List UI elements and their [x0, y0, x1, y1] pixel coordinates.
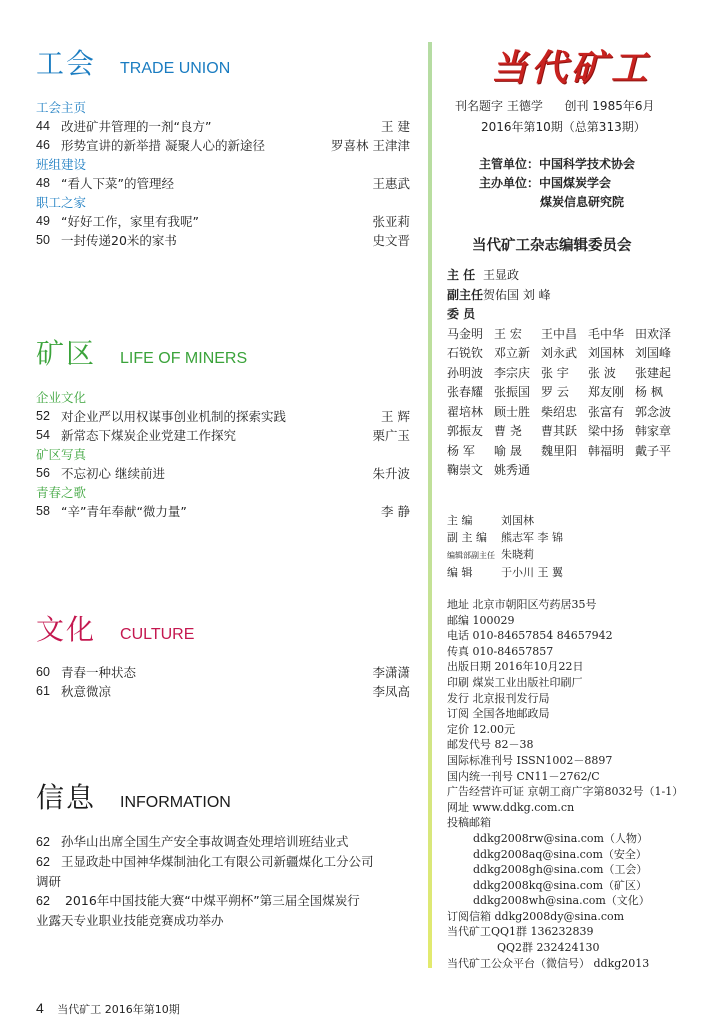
article-title: “辛”青年奉献“微力量”	[61, 502, 381, 521]
calligraphy-credit: 刊名题字 王德学	[455, 99, 543, 113]
toc-entry[interactable]: 62 2016年中国技能大赛“中煤平朔杯”第三届全国煤炭行 业露天专业职业技能竞…	[36, 891, 410, 930]
section-trade-union: 工会 TRADE UNION 工会主页 44 改进矿井管理的一剂“良方” 王 建…	[36, 42, 410, 250]
postcode: 邮编 100029	[447, 613, 683, 629]
page-number: 50	[36, 231, 61, 250]
sponsor-unit-2: 煤炭信息研究院	[540, 193, 624, 210]
page-number: 4	[36, 1000, 44, 1016]
page-number: 56	[36, 464, 61, 483]
page-number: 52	[36, 407, 61, 426]
subsection-heading: 青春之歌	[36, 483, 410, 502]
section-title-cn: 信息	[36, 776, 96, 816]
toc-entry[interactable]: 48 “看人下菜”的管理经 王惠武	[36, 174, 410, 193]
article-title: 新常态下煤炭企业党建工作探究	[61, 426, 372, 445]
article-author: 栗广玉	[372, 426, 410, 445]
page-number: 46	[36, 136, 61, 155]
toc-entry[interactable]: 56 不忘初心 继续前进 朱升波	[36, 464, 410, 483]
toc-entry[interactable]: 58 “辛”青年奉献“微力量” 李 静	[36, 502, 410, 521]
board-deputy: 副主任贺佑国 刘 峰	[447, 286, 682, 306]
article-author: 史文晋	[372, 231, 410, 250]
editor-row: 编 辑于小川 王 翼	[447, 564, 563, 581]
deputy-label: 副主任	[447, 286, 483, 306]
article-author: 李凤高	[372, 682, 410, 701]
toc-entry[interactable]: 46 形势宣讲的新举措 凝聚人心的新途径 罗喜林 王津津	[36, 136, 410, 155]
supervisor-value: 中国科学技术协会	[539, 157, 635, 171]
address: 地址 北京市朝阳区芍药居35号	[447, 597, 683, 613]
members-row: 张春耀张振国罗 云郑友刚杨 枫	[447, 383, 682, 403]
toc-entry[interactable]: 62王显政赴中国神华煤制油化工有限公司新疆煤化工分公司 调研	[36, 852, 410, 891]
deputy-names: 贺佑国 刘 峰	[483, 288, 551, 302]
magazine-logo: 当代矿工	[491, 40, 651, 91]
article-title: 王显政赴中国神华煤制油化工有限公司新疆煤化工分公司	[61, 854, 374, 869]
editorial-board-title: 当代矿工杂志编辑委员会	[472, 234, 632, 255]
director-label: 主 任	[447, 266, 483, 286]
postal-distribution-code: 邮发代号 82－38	[447, 737, 683, 753]
article-title: 秋意微凉	[61, 682, 372, 701]
printer: 印刷 煤炭工业出版社印刷厂	[447, 675, 683, 691]
section-title-en: TRADE UNION	[120, 60, 230, 78]
article-title: 形势宣讲的新举措 凝聚人心的新途径	[61, 136, 331, 155]
toc-entry[interactable]: 62孙华山出席全国生产安全事故调查处理培训班结业式	[36, 832, 410, 852]
section-header: 工会 TRADE UNION	[36, 42, 410, 82]
article-title-continued: 调研	[36, 874, 61, 889]
subsection-heading: 工会主页	[36, 98, 410, 117]
members-row: 鞠崇文姚秀通	[447, 461, 682, 481]
section-title-en: LIFE OF MINERS	[120, 350, 247, 368]
editor-row: 主 编刘国林	[447, 512, 563, 529]
submission-email[interactable]: ddkg2008kq@sina.com（矿区）	[447, 878, 683, 894]
page-number: 44	[36, 117, 61, 136]
members-row: 石锐钦邓立新刘永武刘国林刘国峰	[447, 344, 682, 364]
section-life-of-miners: 矿区 LIFE OF MINERS 企业文化 52 对企业严以用权谋事创业机制的…	[36, 332, 410, 521]
toc-entry[interactable]: 60 青春一种状态 李潇潇	[36, 663, 410, 682]
article-title: 不忘初心 继续前进	[61, 464, 372, 483]
submission-email[interactable]: ddkg2008rw@sina.com（人物）	[447, 831, 683, 847]
price: 定价 12.00元	[447, 722, 683, 738]
members-row: 马金明王 宏王中昌毛中华田欢泽	[447, 325, 682, 345]
subsection-heading: 班组建设	[36, 155, 410, 174]
toc-entry[interactable]: 50 一封传递20米的家书 史文晋	[36, 231, 410, 250]
article-title: 对企业严以用权谋事创业机制的探索实践	[61, 407, 381, 426]
article-author: 罗喜林 王津津	[331, 136, 410, 155]
submission-email[interactable]: ddkg2008aq@sina.com（安全）	[447, 847, 683, 863]
director-name: 王显政	[483, 268, 519, 282]
subsection-heading: 职工之家	[36, 193, 410, 212]
section-header: 矿区 LIFE OF MINERS	[36, 332, 410, 372]
issue-number: 2016年第10期（总第313期）	[481, 118, 646, 135]
members-row: 翟培林顾士胜柴绍忠张富有郭念波	[447, 403, 682, 423]
sponsor-unit: 主办单位：中国煤炭学会	[479, 174, 611, 191]
board-members-label: 委 员	[447, 305, 682, 325]
section-information: 信息 INFORMATION 62孙华山出席全国生产安全事故调查处理培训班结业式…	[36, 776, 410, 930]
page-number: 58	[36, 502, 61, 521]
article-title: 孙华山出席全国生产安全事故调查处理培训班结业式	[61, 834, 349, 849]
page-number: 49	[36, 212, 61, 231]
article-title: “好好工作，家里有我呢”	[61, 212, 372, 231]
article-title-continued: 业露天专业职业技能竞赛成功举办	[36, 913, 224, 928]
editor-row: 编辑部副主任朱晓莉	[447, 546, 563, 564]
founded-date: 创刊 1985年6月	[564, 99, 654, 113]
column-divider	[428, 42, 432, 968]
article-title: “看人下菜”的管理经	[61, 174, 372, 193]
article-author: 朱升波	[372, 464, 410, 483]
toc-entry[interactable]: 44 改进矿井管理的一剂“良方” 王 建	[36, 117, 410, 136]
issn: 国际标准刊号 ISSN1002－8897	[447, 753, 683, 769]
section-title-cn: 工会	[36, 42, 96, 82]
article-author: 王 辉	[381, 407, 410, 426]
cn-number: 国内统一刊号 CN11－2762/C	[447, 769, 683, 785]
phone: 电话 010-84657854 84657942	[447, 628, 683, 644]
page-number: 48	[36, 174, 61, 193]
subsection-heading: 矿区写真	[36, 445, 410, 464]
section-title-cn: 文化	[36, 608, 96, 648]
sponsor-value: 中国煤炭学会	[539, 176, 611, 190]
masthead-credits: 刊名题字 王德学 创刊 1985年6月	[455, 97, 654, 114]
members-row: 杨 军喻 晟魏里阳韩福明戴子平	[447, 442, 682, 462]
toc-entry[interactable]: 61 秋意微凉 李凤高	[36, 682, 410, 701]
sponsor-label: 主办单位：	[479, 176, 539, 190]
distributor: 发行 北京报刊发行局	[447, 691, 683, 707]
subscription: 订阅 全国各地邮政局	[447, 706, 683, 722]
board-director: 主 任王显政	[447, 266, 682, 286]
page-number: 54	[36, 426, 61, 445]
supervisor-label: 主管单位：	[479, 157, 539, 171]
article-author: 李潇潇	[372, 663, 410, 682]
fax: 传真 010-84657857	[447, 644, 683, 660]
qq-group-1: 当代矿工QQ1群 136232839	[447, 924, 683, 940]
wechat-account: 当代矿工公众平台（微信号） ddkg2013	[447, 956, 683, 972]
members-row: 郭振友曹 尧曹其跃梁中扬韩家章	[447, 422, 682, 442]
section-title-en: INFORMATION	[120, 794, 231, 812]
article-title: 2016年中国技能大赛“中煤平朔杯”第三届全国煤炭行	[61, 893, 360, 908]
subsection-heading: 企业文化	[36, 388, 410, 407]
page-footer: 4 当代矿工 2016年第10期	[36, 1000, 180, 1017]
members-row: 孙明波李宗庆张 宇张 波张建起	[447, 364, 682, 384]
ad-license: 广告经营许可证 京朝工商广字第8032号（1-1）	[447, 784, 683, 800]
section-header: 信息 INFORMATION	[36, 776, 410, 816]
section-culture: 文化 CULTURE 60 青春一种状态 李潇潇 61 秋意微凉 李凤高	[36, 608, 410, 701]
article-title: 一封传递20米的家书	[61, 231, 372, 250]
article-author: 李 静	[381, 502, 410, 521]
page-number: 62	[36, 853, 61, 872]
article-title: 青春一种状态	[61, 663, 372, 682]
article-author: 王惠武	[372, 174, 410, 193]
website-link[interactable]: 网址 www.ddkg.com.cn	[447, 800, 683, 816]
page-number: 60	[36, 663, 61, 682]
qq-group-2: QQ2群 232424130	[447, 940, 683, 956]
section-header: 文化 CULTURE	[36, 608, 410, 648]
article-author: 张亚莉	[372, 212, 410, 231]
section-title-en: CULTURE	[120, 626, 194, 644]
submission-email[interactable]: ddkg2008wh@sina.com（文化）	[447, 893, 683, 909]
page-number: 62	[36, 892, 61, 911]
page-number: 62	[36, 833, 61, 852]
section-title-cn: 矿区	[36, 332, 96, 372]
supervisor-unit: 主管单位：中国科学技术协会	[479, 155, 635, 172]
editor-row: 副 主 编熊志军 李 锦	[447, 529, 563, 546]
contact-info: 地址 北京市朝阳区芍药居35号 邮编 100029 电话 010-8465785…	[447, 597, 683, 971]
toc-entry[interactable]: 52 对企业严以用权谋事创业机制的探索实践 王 辉	[36, 407, 410, 426]
editorial-board: 主 任王显政 副主任贺佑国 刘 峰 委 员 马金明王 宏王中昌毛中华田欢泽 石锐…	[447, 266, 682, 481]
article-author: 王 建	[381, 117, 410, 136]
submission-label: 投稿邮箱	[447, 815, 683, 831]
article-title: 改进矿井管理的一剂“良方”	[61, 117, 381, 136]
editorial-staff: 主 编刘国林 副 主 编熊志军 李 锦 编辑部副主任朱晓莉 编 辑于小川 王 翼	[447, 512, 563, 581]
footer-text: 当代矿工 2016年第10期	[57, 1003, 180, 1016]
subscribe-email[interactable]: 订阅信箱 ddkg2008dy@sina.com	[447, 909, 683, 925]
toc-entry[interactable]: 54 新常态下煤炭企业党建工作探究 栗广玉	[36, 426, 410, 445]
toc-entry[interactable]: 49 “好好工作，家里有我呢” 张亚莉	[36, 212, 410, 231]
submission-email[interactable]: ddkg2008gh@sina.com（工会）	[447, 862, 683, 878]
publication-date: 出版日期 2016年10月22日	[447, 659, 683, 675]
page-number: 61	[36, 682, 61, 701]
